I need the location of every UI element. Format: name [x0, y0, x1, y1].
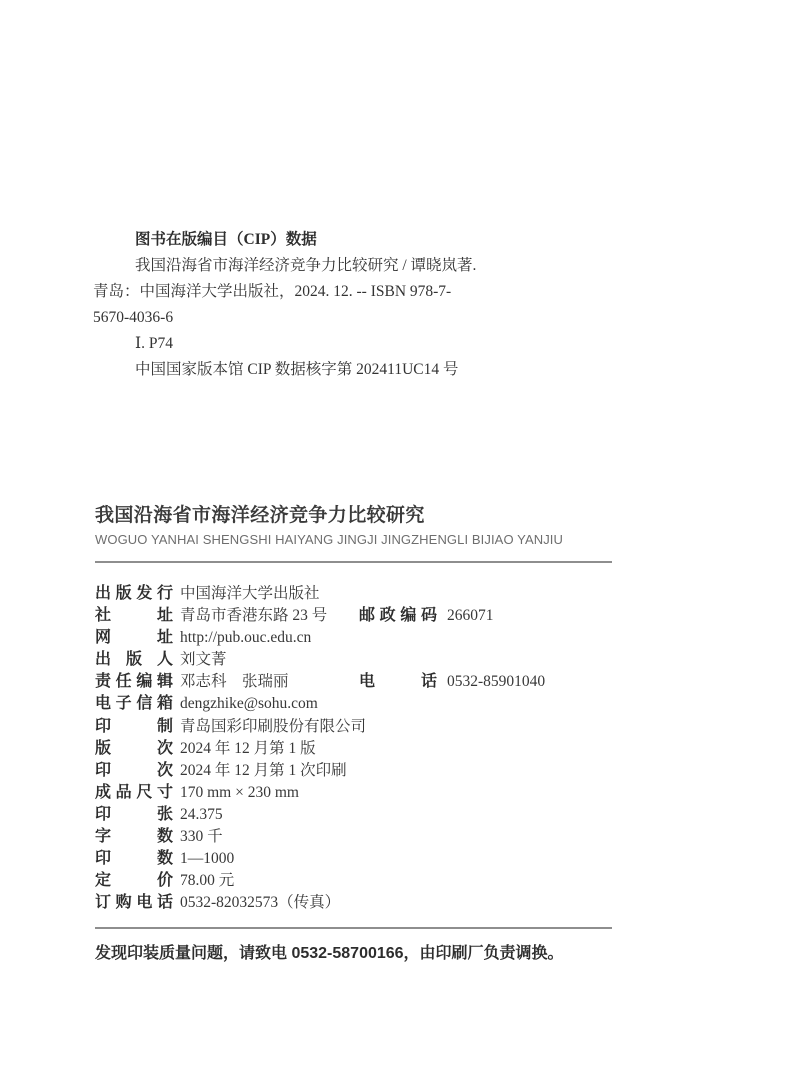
colophon-label: 电话	[359, 671, 437, 693]
colophon-value: 1—1000	[180, 848, 234, 870]
colophon-label: 网址	[95, 627, 173, 649]
colophon-value: 青岛市香港东路 23 号	[180, 605, 327, 627]
copyright-page: 图书在版编目（CIP）数据 我国沿海省市海洋经济竞争力比较研究 / 谭晓岚著. …	[0, 0, 799, 1073]
colophon-value: 170 mm × 230 mm	[180, 782, 299, 804]
colophon-value: 青岛国彩印刷股份有限公司	[180, 716, 366, 738]
colophon-label: 电子信箱	[95, 693, 173, 715]
colophon-label: 成品尺寸	[95, 782, 173, 804]
colophon-value: 78.00 元	[180, 870, 234, 892]
cip-line: 我国沿海省市海洋经济竞争力比较研究 / 谭晓岚著.	[93, 253, 633, 279]
colophon-label: 订购电话	[95, 892, 173, 914]
colophon-label: 社址	[95, 605, 173, 627]
colophon-value: 2024 年 12 月第 1 次印刷	[180, 760, 347, 782]
colophon-table: 出版发行 中国海洋大学出版社 社址 青岛市香港东路 23 号 邮政编码 2660…	[95, 583, 635, 914]
colophon-label: 印次	[95, 760, 173, 782]
colophon-label: 印数	[95, 848, 173, 870]
colophon-label: 出版人	[95, 649, 173, 671]
cip-line: 青岛：中国海洋大学出版社，2024. 12. -- ISBN 978-7-	[93, 279, 633, 305]
cip-heading: 图书在版编目（CIP）数据	[93, 227, 633, 253]
colophon-row: 电子信箱 dengzhike@sohu.com	[95, 693, 635, 715]
colophon-label: 邮政编码	[359, 605, 437, 627]
colophon-row: 印次 2024 年 12 月第 1 次印刷	[95, 760, 635, 782]
colophon-label: 版次	[95, 738, 173, 760]
colophon-label: 出版发行	[95, 583, 173, 605]
book-title-pinyin: WOGUO YANHAI SHENGSHI HAIYANG JINGJI JIN…	[95, 532, 563, 547]
quality-notice: 发现印装质量问题，请致电 0532-58700166，由印刷厂负责调换。	[95, 942, 564, 965]
colophon-row: 字数 330 千	[95, 826, 635, 848]
colophon-value: 中国海洋大学出版社	[180, 583, 320, 605]
book-title: 我国沿海省市海洋经济竞争力比较研究	[95, 500, 425, 527]
colophon-value: 24.375	[180, 804, 223, 826]
colophon-row: 印制 青岛国彩印刷股份有限公司	[95, 716, 635, 738]
colophon-row: 定价 78.00 元	[95, 870, 635, 892]
cip-line: 5670-4036-6	[93, 305, 633, 331]
colophon-value: dengzhike@sohu.com	[180, 693, 318, 715]
cip-block: 图书在版编目（CIP）数据 我国沿海省市海洋经济竞争力比较研究 / 谭晓岚著. …	[93, 227, 633, 383]
colophon-row: 出版发行 中国海洋大学出版社	[95, 583, 635, 605]
divider-top	[95, 561, 612, 563]
colophon-value: 2024 年 12 月第 1 版	[180, 738, 316, 760]
colophon-value: 0532-85901040	[447, 671, 545, 693]
colophon-value: 266071	[447, 605, 494, 627]
colophon-value: 刘文菁	[180, 649, 227, 671]
colophon-row: 印张 24.375	[95, 804, 635, 826]
colophon-row: 成品尺寸 170 mm × 230 mm	[95, 782, 635, 804]
colophon-label: 印张	[95, 804, 173, 826]
colophon-row: 责任编辑 邓志科 张瑞丽 电话 0532-85901040	[95, 671, 635, 693]
colophon-label: 字数	[95, 826, 173, 848]
colophon-row: 出版人 刘文菁	[95, 649, 635, 671]
colophon-label: 定价	[95, 870, 173, 892]
colophon-label: 责任编辑	[95, 671, 173, 693]
colophon-row: 印数 1—1000	[95, 848, 635, 870]
colophon-value: 邓志科 张瑞丽	[180, 671, 289, 693]
colophon-value: 0532-82032573（传真）	[180, 892, 340, 914]
colophon-row: 社址 青岛市香港东路 23 号 邮政编码 266071	[95, 605, 635, 627]
cip-line: Ⅰ. P74	[93, 331, 633, 357]
divider-bottom	[95, 927, 612, 929]
colophon-value: 330 千	[180, 826, 223, 848]
colophon-label: 印制	[95, 716, 173, 738]
colophon-row: 订购电话 0532-82032573（传真）	[95, 892, 635, 914]
colophon-value: http://pub.ouc.edu.cn	[180, 627, 311, 649]
cip-line: 中国国家版本馆 CIP 数据核字第 202411UC14 号	[93, 357, 633, 383]
colophon-row: 版次 2024 年 12 月第 1 版	[95, 738, 635, 760]
colophon-row: 网址 http://pub.ouc.edu.cn	[95, 627, 635, 649]
